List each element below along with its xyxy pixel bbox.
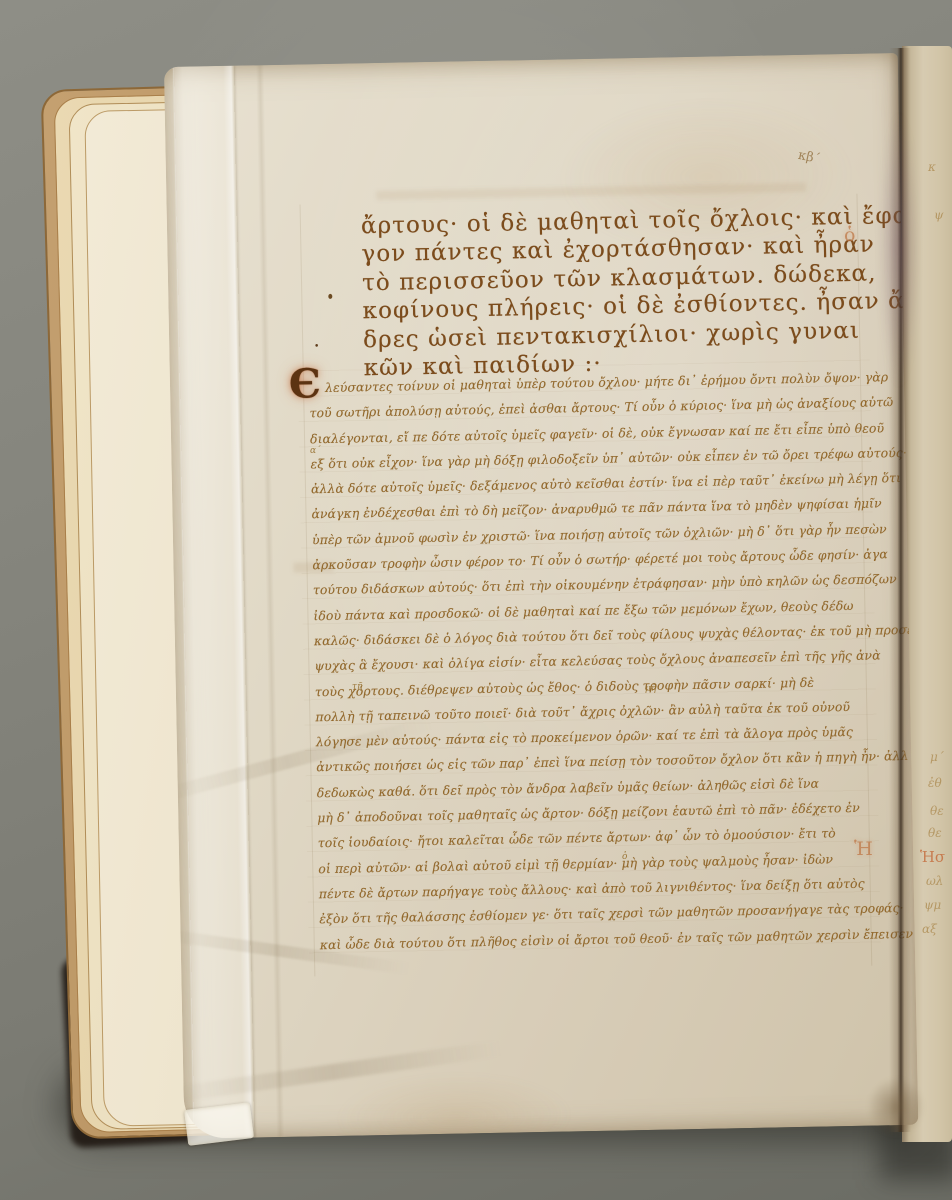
conservation-tape-strip (174, 66, 255, 1139)
manuscript-photo: Є ἄρτους· οἱ δὲ μαθηταὶ τοῖς ὄχλοις· καὶ… (0, 0, 952, 1200)
gospel-text-block: ἄρτους· οἱ δὲ μαθηταὶ τοῖς ὄχλοις· καὶ ἔ… (361, 202, 919, 383)
parchment-stain (333, 1069, 575, 1138)
parchment-crease (256, 65, 285, 1137)
commentary-text-block: λεύσαντες τοίνυν οἱ μαθηταὶ ὑπὲρ τούτου … (309, 363, 918, 957)
ink-speck (328, 294, 332, 299)
gutter-fray (868, 1078, 924, 1136)
manuscript-page: Є ἄρτους· οἱ δὲ μαθηταὶ τοῖς ὄχλοις· καὶ… (164, 53, 918, 1139)
gutter-stain (878, 110, 920, 390)
